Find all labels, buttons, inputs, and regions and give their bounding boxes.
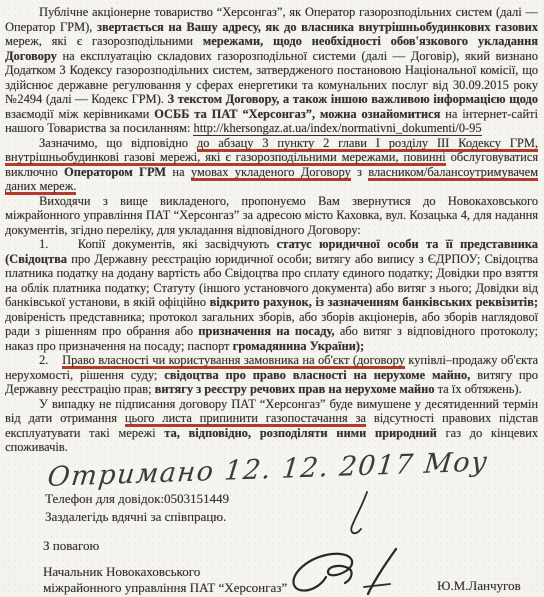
signature-scribble: [288, 547, 420, 596]
emphasized-text-run: та, відповідно, розподіляти ними природн…: [164, 426, 437, 440]
regards-line: З повагою: [43, 538, 99, 554]
paragraph-proposal: Виходячи з вище викладеного, пропонуємо …: [5, 194, 538, 238]
red-underlined-phrase: умовах укладеного Договору: [191, 165, 351, 181]
text-run: Зазначимо, що відповідно: [39, 136, 197, 150]
emphasized-text-run: З текстом Договору, а також іншою важлив…: [167, 92, 538, 106]
emphasized-text-run: призначення на посаду,: [198, 324, 334, 338]
paragraph-intro: Публічне акціонерне товариство “Херсонга…: [5, 5, 538, 136]
document-url: http://khersongaz.at.ua/index/normativni…: [193, 121, 481, 136]
signer-title-line1: Начальник Новокаховського: [43, 564, 287, 580]
emphasized-text-run: ОСББ та ПАТ “Херсонгаз”, можна ознайомит…: [154, 107, 440, 121]
thanks-line: Заздалегідь вдячні за співпрацю.: [45, 509, 226, 525]
text-run: 1. Копії документів, які засвідчують: [39, 237, 277, 251]
scanned-letter-page: Публічне акціонерне товариство “Херсонга…: [0, 0, 544, 597]
signer-name: Ю.М.Ланчугов: [437, 578, 521, 594]
emphasized-text-run: свідоцтва про право власності на нерухом…: [164, 368, 470, 382]
emphasized-text-run: звертається на Вашу адресу, як до власни…: [97, 20, 538, 34]
text-run: Виходячи з вище викладеного, пропонуємо …: [5, 194, 538, 237]
text-run: з: [351, 165, 369, 179]
list-item-1: 1. Копії документів, які засвідчують ста…: [5, 237, 538, 353]
text-run: взаємодії між керівниками: [5, 107, 154, 121]
emphasized-text-run: витягу з реєстру речових прав на нерухом…: [155, 382, 435, 396]
signer-title-block: Начальник Новокаховського міжрайонного у…: [43, 564, 287, 595]
text-run: 2.: [39, 353, 62, 367]
list-item-2: 2. Право власності чи користування замов…: [5, 353, 538, 397]
text-run: на: [166, 165, 191, 179]
emphasized-text-run: Оператором ГРМ: [64, 165, 166, 179]
text-run: та їх обтяжень).: [434, 382, 521, 396]
paragraph-note: Зазначимо, що відповідно до абзацу 3 пун…: [5, 136, 538, 194]
phone-line: Телефон для довідок:0503151449: [45, 491, 229, 507]
handwriting-tail-stroke: [347, 490, 373, 536]
emphasized-text-run: відкрито рахунок, із зазначенням банківс…: [210, 295, 538, 309]
letter-body: Публічне акціонерне товариство “Херсонга…: [5, 5, 538, 455]
emphasized-text-run: громадянина України);: [233, 339, 364, 353]
text-run: мереж, які є газорозподільними: [5, 34, 203, 48]
paragraph-warning: У випадку не підписання договору ПАТ “Хе…: [5, 397, 538, 455]
signer-title-line2: міжрайонного управління ПАТ “Херсонгаз”: [43, 580, 287, 596]
